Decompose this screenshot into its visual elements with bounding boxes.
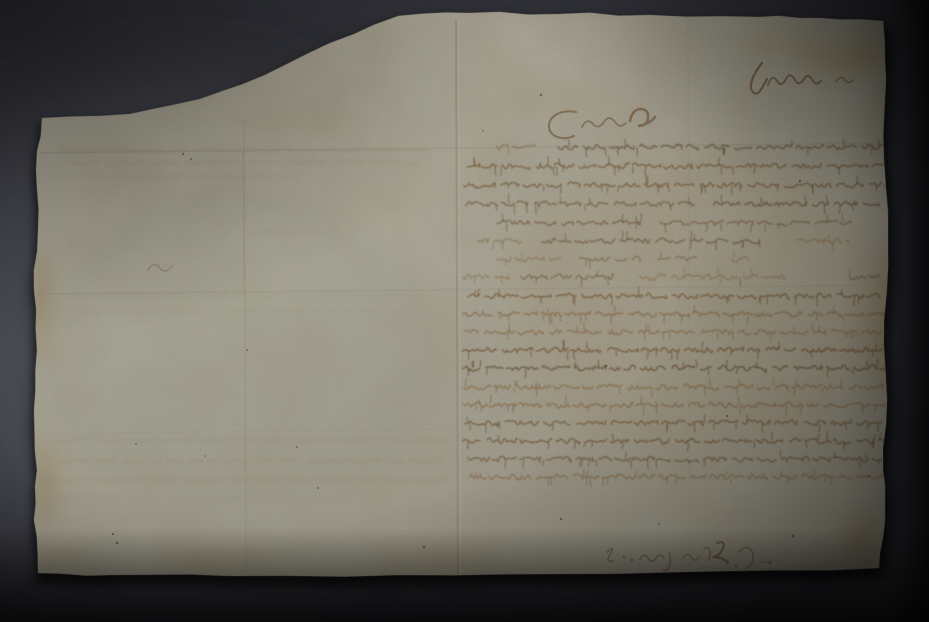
manuscript-photograph [0, 0, 929, 622]
bottom-shading [0, 528, 929, 622]
right-shading [840, 0, 929, 622]
manuscript-scene [0, 0, 929, 622]
